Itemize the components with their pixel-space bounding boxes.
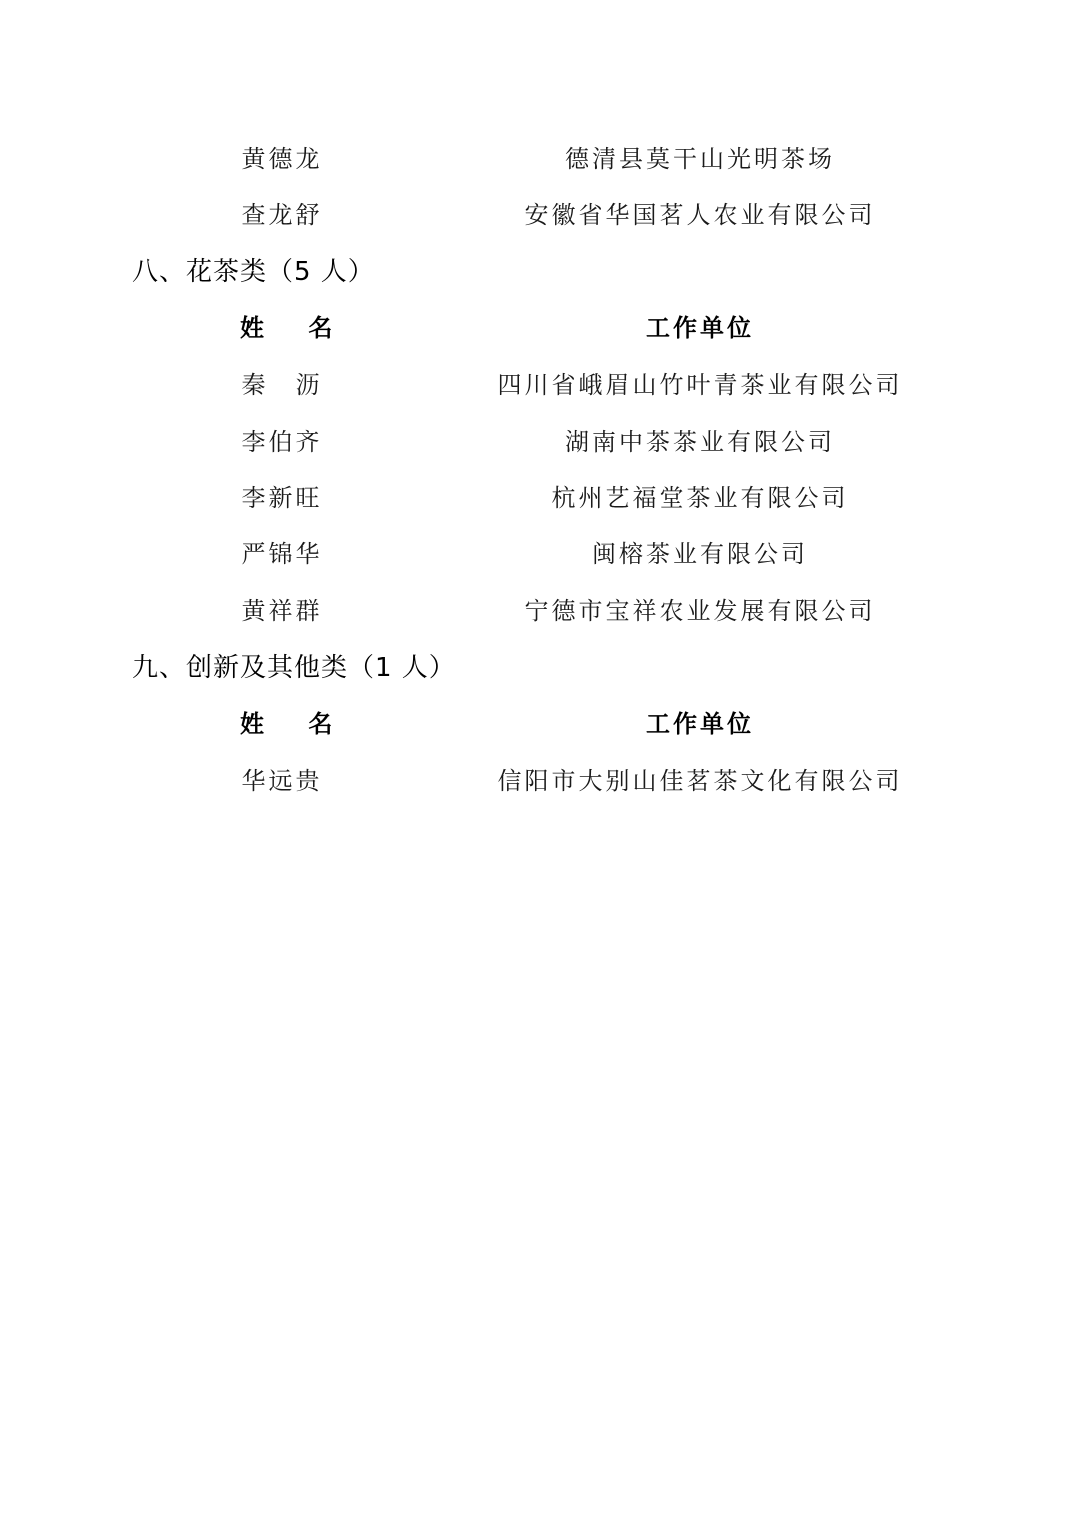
column-header-name: 姓 名: [232, 704, 340, 744]
work-unit: 安徽省华国茗人农业有限公司: [450, 195, 950, 235]
work-unit: 信阳市大别山佳茗茶文化有限公司: [450, 761, 950, 801]
person-name: 李新旺: [232, 478, 332, 518]
table-row: 查龙舒 安徽省华国茗人农业有限公司: [0, 195, 1080, 235]
document-page: 黄德龙 德清县莫干山光明茶场 查龙舒 安徽省华国茗人农业有限公司 八、花茶类（5…: [0, 0, 1080, 1527]
work-unit: 闽榕茶业有限公司: [450, 534, 950, 574]
work-unit: 四川省峨眉山竹叶青茶业有限公司: [450, 365, 950, 405]
table-row: 秦 沥 四川省峨眉山竹叶青茶业有限公司: [0, 365, 1080, 405]
column-header-name: 姓 名: [232, 308, 340, 348]
table-row: 严锦华 闽榕茶业有限公司: [0, 534, 1080, 574]
work-unit: 杭州艺福堂茶业有限公司: [450, 478, 950, 518]
person-name: 黄德龙: [232, 139, 332, 179]
person-name: 黄祥群: [232, 591, 332, 631]
work-unit: 德清县莫干山光明茶场: [450, 139, 950, 179]
person-name: 查龙舒: [232, 195, 332, 235]
person-name: 严锦华: [232, 534, 332, 574]
person-name: 李伯齐: [232, 422, 332, 462]
table-header: 姓 名 工作单位: [0, 308, 1080, 348]
table-row: 黄祥群 宁德市宝祥农业发展有限公司: [0, 591, 1080, 631]
section-heading: 九、创新及其他类（1 人）: [132, 648, 456, 688]
work-unit: 宁德市宝祥农业发展有限公司: [450, 591, 950, 631]
table-row: 华远贵 信阳市大别山佳茗茶文化有限公司: [0, 761, 1080, 801]
table-row: 李新旺 杭州艺福堂茶业有限公司: [0, 478, 1080, 518]
table-header: 姓 名 工作单位: [0, 704, 1080, 744]
table-row: 李伯齐 湖南中茶茶业有限公司: [0, 422, 1080, 462]
work-unit: 湖南中茶茶业有限公司: [450, 422, 950, 462]
person-name: 秦 沥: [232, 365, 332, 405]
column-header-work-unit: 工作单位: [450, 308, 950, 348]
table-row: 黄德龙 德清县莫干山光明茶场: [0, 139, 1080, 179]
column-header-work-unit: 工作单位: [450, 704, 950, 744]
section-heading: 八、花茶类（5 人）: [132, 252, 375, 292]
person-name: 华远贵: [232, 761, 332, 801]
